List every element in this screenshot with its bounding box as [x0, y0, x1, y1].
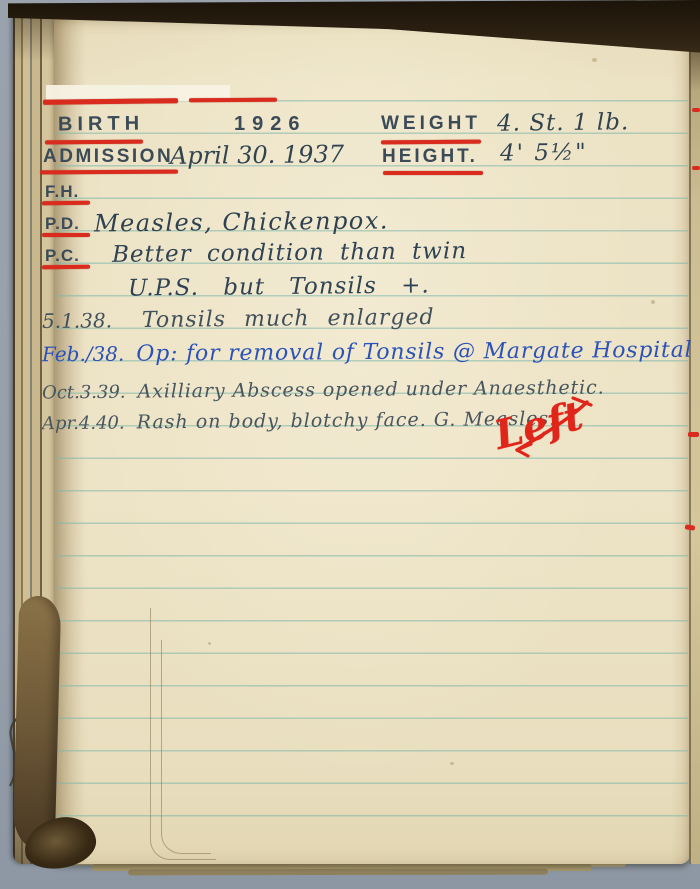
red-underline-name2 [189, 98, 277, 103]
weight-value: 4. St. 1 lb. [497, 109, 629, 136]
entry-text: Op: for removal of Tonsils @ Margate Hos… [136, 338, 692, 367]
pd-value: Measles, Chickenpox. [94, 206, 389, 237]
entry-text: Tonsils much enlarged [142, 305, 435, 333]
pc-line2: U.P.S. but Tonsils +. [128, 272, 430, 301]
fh-label: F.H. [45, 182, 79, 202]
red-underline-name [43, 98, 178, 105]
red-underline-pc [42, 265, 90, 270]
height-label: HEIGHT. [382, 146, 478, 168]
entry-row: Apr.4.40. Rash on body, blotchy face. G.… [42, 408, 556, 434]
entry-date: Feb./38. [42, 342, 124, 367]
pd-label: P.D. [45, 214, 80, 234]
red-underline-admission [40, 170, 178, 175]
notebook-photo: BIRTH 1926 WEIGHT 4. St. 1 lb. ADMISSION… [0, 0, 700, 889]
weight-label: WEIGHT [381, 113, 481, 135]
red-underline-height [383, 171, 483, 175]
arrow-flourish-icon [495, 392, 595, 464]
pc-line1: Better condition than twin [112, 238, 467, 268]
red-underline-pd [42, 233, 90, 237]
page-content: BIRTH 1926 WEIGHT 4. St. 1 lb. ADMISSION… [0, 0, 700, 889]
admission-label: ADMISSION [43, 146, 173, 168]
red-underline-fh [42, 201, 90, 206]
birth-label: BIRTH [58, 113, 144, 137]
entry-date: Oct.3.39. [42, 382, 126, 404]
pc-label: P.C. [45, 246, 80, 266]
height-value: 4' 5½" [500, 140, 588, 167]
entry-row: Feb./38. Op: for removal of Tonsils @ Ma… [42, 338, 693, 368]
entry-date: 5.1.38. [42, 308, 112, 333]
admission-value: April 30. 1937 [170, 140, 344, 170]
birth-value: 1926 [234, 113, 307, 136]
entry-row: 5.1.38. Tonsils much enlarged [42, 305, 435, 334]
red-underline-birth [45, 140, 143, 145]
red-underline-weight [381, 140, 481, 145]
entry-date: Apr.4.40. [42, 413, 125, 435]
